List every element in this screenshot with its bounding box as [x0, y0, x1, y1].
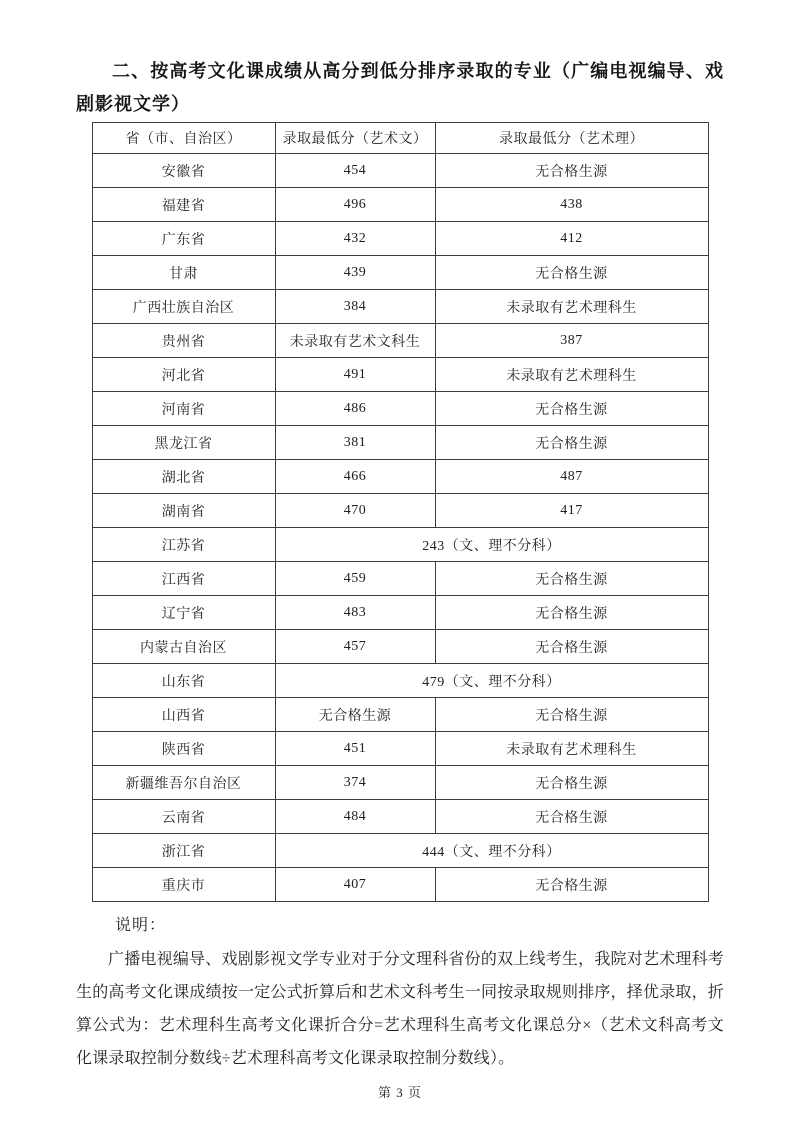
score-art-wen-cell: 491: [275, 358, 435, 392]
page-number: 第 3 页: [76, 1082, 724, 1101]
table-row: 云南省484无合格生源: [92, 800, 708, 834]
table-row: 陕西省451未录取有艺术理科生: [92, 732, 708, 766]
score-art-li-cell: 无合格生源: [435, 392, 708, 426]
province-cell: 黑龙江省: [92, 426, 275, 460]
score-art-li-cell: 无合格生源: [435, 630, 708, 664]
score-art-wen-cell: 496: [275, 188, 435, 222]
admission-score-table: 省（市、自治区） 录取最低分（艺术文） 录取最低分（艺术理） 安徽省454无合格…: [92, 122, 709, 902]
province-cell: 广东省: [92, 222, 275, 256]
province-cell: 湖南省: [92, 494, 275, 528]
province-cell: 河南省: [92, 392, 275, 426]
score-art-li-cell: 无合格生源: [435, 800, 708, 834]
merged-score-cell: 243（文、理不分科）: [275, 528, 708, 562]
score-art-wen-cell: 374: [275, 766, 435, 800]
province-cell: 广西壮族自治区: [92, 290, 275, 324]
table-row: 山东省479（文、理不分科）: [92, 664, 708, 698]
province-cell: 安徽省: [92, 154, 275, 188]
score-art-wen-cell: 432: [275, 222, 435, 256]
col-header-art-li: 录取最低分（艺术理）: [435, 123, 708, 154]
province-cell: 重庆市: [92, 868, 275, 902]
table-row: 广东省432412: [92, 222, 708, 256]
col-header-province: 省（市、自治区）: [92, 123, 275, 154]
score-art-wen-cell: 384: [275, 290, 435, 324]
section-title: 二、按高考文化课成绩从高分到低分排序录取的专业（广编电视编导、戏剧影视文学）: [76, 55, 724, 121]
notes-label: 说明：: [115, 913, 724, 938]
province-cell: 云南省: [92, 800, 275, 834]
score-art-wen-cell: 470: [275, 494, 435, 528]
province-cell: 江苏省: [92, 528, 275, 562]
province-cell: 山西省: [92, 698, 275, 732]
table-row: 河北省491未录取有艺术理科生: [92, 358, 708, 392]
score-art-li-cell: 无合格生源: [435, 426, 708, 460]
score-art-li-cell: 未录取有艺术理科生: [435, 732, 708, 766]
score-art-wen-cell: 483: [275, 596, 435, 630]
table-row: 江苏省243（文、理不分科）: [92, 528, 708, 562]
score-art-li-cell: 无合格生源: [435, 596, 708, 630]
score-art-li-cell: 438: [435, 188, 708, 222]
table-header-row: 省（市、自治区） 录取最低分（艺术文） 录取最低分（艺术理）: [92, 123, 708, 154]
score-art-li-cell: 无合格生源: [435, 154, 708, 188]
table-row: 浙江省444（文、理不分科）: [92, 834, 708, 868]
score-art-wen-cell: 407: [275, 868, 435, 902]
table-row: 贵州省未录取有艺术文科生387: [92, 324, 708, 358]
province-cell: 甘肃: [92, 256, 275, 290]
merged-score-cell: 479（文、理不分科）: [275, 664, 708, 698]
province-cell: 福建省: [92, 188, 275, 222]
table-row: 福建省496438: [92, 188, 708, 222]
score-art-li-cell: 无合格生源: [435, 698, 708, 732]
score-art-li-cell: 417: [435, 494, 708, 528]
table-row: 江西省459无合格生源: [92, 562, 708, 596]
score-art-li-cell: 未录取有艺术理科生: [435, 290, 708, 324]
table-row: 内蒙古自治区457无合格生源: [92, 630, 708, 664]
table-row: 广西壮族自治区384未录取有艺术理科生: [92, 290, 708, 324]
province-cell: 陕西省: [92, 732, 275, 766]
province-cell: 江西省: [92, 562, 275, 596]
score-art-wen-cell: 457: [275, 630, 435, 664]
score-art-wen-cell: 451: [275, 732, 435, 766]
table-row: 河南省486无合格生源: [92, 392, 708, 426]
province-cell: 山东省: [92, 664, 275, 698]
score-art-wen-cell: 454: [275, 154, 435, 188]
table-row: 安徽省454无合格生源: [92, 154, 708, 188]
col-header-art-wen: 录取最低分（艺术文）: [275, 123, 435, 154]
table-row: 辽宁省483无合格生源: [92, 596, 708, 630]
table-row: 新疆维吾尔自治区374无合格生源: [92, 766, 708, 800]
merged-score-cell: 444（文、理不分科）: [275, 834, 708, 868]
score-art-wen-cell: 466: [275, 460, 435, 494]
table-row: 湖南省470417: [92, 494, 708, 528]
score-art-li-cell: 387: [435, 324, 708, 358]
score-art-li-cell: 无合格生源: [435, 766, 708, 800]
province-cell: 内蒙古自治区: [92, 630, 275, 664]
score-art-li-cell: 无合格生源: [435, 868, 708, 902]
score-art-li-cell: 487: [435, 460, 708, 494]
score-art-wen-cell: 无合格生源: [275, 698, 435, 732]
table-row: 黑龙江省381无合格生源: [92, 426, 708, 460]
table-row: 湖北省466487: [92, 460, 708, 494]
province-cell: 辽宁省: [92, 596, 275, 630]
score-art-li-cell: 无合格生源: [435, 562, 708, 596]
table-row: 山西省无合格生源无合格生源: [92, 698, 708, 732]
score-art-wen-cell: 486: [275, 392, 435, 426]
document-page: 二、按高考文化课成绩从高分到低分排序录取的专业（广编电视编导、戏剧影视文学） 省…: [0, 0, 800, 1131]
province-cell: 河北省: [92, 358, 275, 392]
score-art-li-cell: 未录取有艺术理科生: [435, 358, 708, 392]
score-art-li-cell: 无合格生源: [435, 256, 708, 290]
score-art-wen-cell: 439: [275, 256, 435, 290]
table-row: 重庆市407无合格生源: [92, 868, 708, 902]
province-cell: 新疆维吾尔自治区: [92, 766, 275, 800]
province-cell: 贵州省: [92, 324, 275, 358]
score-art-wen-cell: 381: [275, 426, 435, 460]
province-cell: 湖北省: [92, 460, 275, 494]
score-art-wen-cell: 459: [275, 562, 435, 596]
score-art-li-cell: 412: [435, 222, 708, 256]
notes-paragraph: 广播电视编导、戏剧影视文学专业对于分文理科省份的双上线考生，我院对艺术理科考生的…: [76, 943, 724, 1075]
score-art-wen-cell: 484: [275, 800, 435, 834]
province-cell: 浙江省: [92, 834, 275, 868]
score-art-wen-cell: 未录取有艺术文科生: [275, 324, 435, 358]
table-row: 甘肃439无合格生源: [92, 256, 708, 290]
